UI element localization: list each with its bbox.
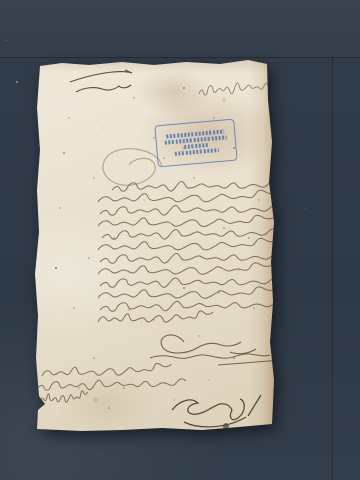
- photo-scene: [0, 0, 360, 480]
- top-left-annotation: [70, 70, 132, 92]
- background-seam: [332, 57, 333, 480]
- dateline-underline: [218, 360, 276, 365]
- body-handwriting: [98, 181, 276, 322]
- top-right-dateline: [199, 80, 276, 104]
- handwriting-layer: [34, 58, 276, 434]
- background-top-band: [0, 0, 360, 58]
- address-block: [35, 363, 186, 402]
- stamp-text-line: [184, 143, 208, 149]
- manuscript-page-wrap: [34, 58, 276, 434]
- ink-blot: [223, 423, 229, 431]
- manuscript-page: [34, 58, 276, 434]
- opening-flourish: [103, 149, 162, 186]
- dust-speck: [305, 208, 306, 209]
- signature: [172, 395, 261, 431]
- dust-speck: [16, 81, 18, 83]
- stamp-text-line: [175, 148, 219, 155]
- dust-speck: [5, 40, 7, 41]
- ink-stamp: [154, 119, 237, 168]
- dateline: [150, 354, 276, 365]
- closing-flourish: [161, 335, 256, 354]
